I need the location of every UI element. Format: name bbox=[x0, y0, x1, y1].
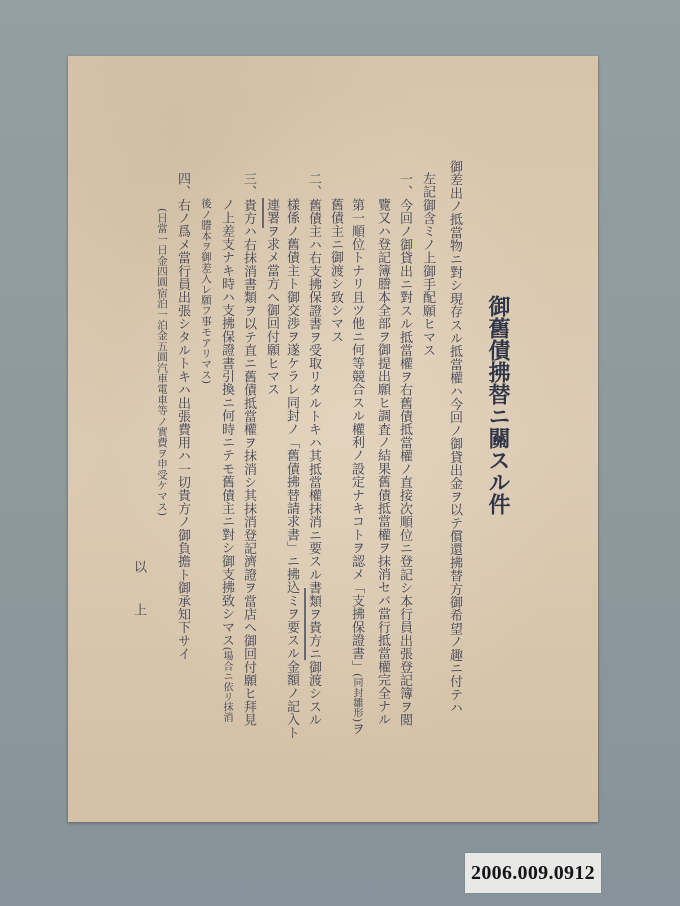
item-4-number: 四、 bbox=[175, 172, 190, 198]
emphasis-line bbox=[304, 588, 306, 660]
item-1-text: 今回ノ御貸出ニ對スル抵當權ヲ右舊債抵當權ノ直接次順位ニ登記シ本行員出張登記簿ヲ閲 bbox=[397, 198, 412, 726]
item-3-number: 三、 bbox=[241, 172, 256, 198]
item-3-line-2: ノ上差支ナキ時ハ支拂保證書引換ニ何時ニテモ舊債主ニ對シ御支拂致シマス(場合ニ依リ… bbox=[220, 198, 233, 722]
item-2-line-3: 連署ヲ求メ當方ヘ御回付願ヒマス bbox=[265, 198, 278, 396]
document-title: 御舊債拂替ニ關スル件 bbox=[487, 295, 509, 515]
item-4-line-1: 四、右ノ爲メ當行員出張シタルトキハ出張費用ハ一切貴方ノ御負擔ト御承知下サイ bbox=[176, 172, 189, 660]
preamble-line-1: 御差出ノ抵當物ニ對シ現存スル抵當權ハ今回ノ御貸出金ヲ以テ償還拂替方御希望ノ趣ニ付… bbox=[448, 160, 461, 714]
emphasis-line bbox=[262, 198, 264, 228]
item-1-line-3-tail: ヲ bbox=[349, 722, 364, 735]
enclosed-form-note: (同封雛形) bbox=[351, 673, 362, 722]
item-1-number: 一、 bbox=[397, 172, 412, 198]
item-3-note-start: (場合ニ依リ抹消 bbox=[221, 647, 232, 723]
closing-remark: 以上 bbox=[132, 560, 145, 646]
catalog-number-label: 2006.009.0912 bbox=[465, 853, 601, 893]
item-2-text: 舊債主ハ右支拂保證書ヲ受取リタルトキハ其抵當權抹消ニ要スル書類ヲ貴方ニ御渡シスル bbox=[306, 198, 321, 726]
preamble-line-2: 左記御含ミノ上御手配願ヒマス bbox=[421, 172, 434, 357]
item-3-line-2-text: ノ上差支ナキ時ハ支拂保證書引換ニ何時ニテモ舊債主ニ對シ御支拂致シマス bbox=[219, 198, 234, 647]
item-3-line-1: 三、貴方ハ右抹消書類ヲ以テ直ニ舊債抵當權ヲ抹消シ其抹消登記濟證ヲ當店ヘ御回付願ヒ… bbox=[242, 172, 255, 726]
item-1-line-3: 第一順位トナリ且ツ他ニ何等競合スル權利ノ設定ナキコトヲ認メ「支拂保證書」(同封雛… bbox=[350, 198, 363, 735]
item-1-line-2: 覽又ハ登記簿謄本全部ヲ御提出願ヒ調査ノ結果舊債抵當權ヲ抹消セバ當行抵當權完全ナル bbox=[376, 198, 389, 726]
item-2-number: 二、 bbox=[306, 172, 321, 198]
item-1-line-3-text: 第一順位トナリ且ツ他ニ何等競合スル權利ノ設定ナキコトヲ認メ「支拂保證書」 bbox=[349, 198, 364, 673]
item-2-line-1: 二、舊債主ハ右支拂保證書ヲ受取リタルトキハ其抵當權抹消ニ要スル書類ヲ貴方ニ御渡シ… bbox=[307, 172, 320, 726]
item-3-text: 貴方ハ右抹消書類ヲ以テ直ニ舊債抵當權ヲ抹消シ其抹消登記濟證ヲ當店ヘ御回付願ヒ拜見 bbox=[241, 198, 256, 726]
document-sheet bbox=[68, 56, 598, 822]
travel-expense-note: (日當一日金四圓宿泊一泊金五圓汽車電車等ノ實費ヲ申受ケマス) bbox=[156, 208, 167, 516]
item-3-note-end: 後ノ謄本ヲ御差入レ願フ事モアリマス) bbox=[200, 198, 211, 384]
item-1-line-4: 舊債主ニ御渡シ致シマス bbox=[329, 198, 342, 343]
item-1-line-1: 一、今回ノ御貸出ニ對スル抵當權ヲ右舊債抵當權ノ直接次順位ニ登記シ本行員出張登記簿… bbox=[398, 172, 411, 726]
item-4-text: 右ノ爲メ當行員出張シタルトキハ出張費用ハ一切貴方ノ御負擔ト御承知下サイ bbox=[175, 198, 190, 660]
item-2-line-2: 樣係ノ舊債主ト御交渉ヲ遂ケラレ同封ノ「舊債拂替請求書」ニ拂込ミヲ要スル金額ノ記入… bbox=[285, 198, 298, 739]
